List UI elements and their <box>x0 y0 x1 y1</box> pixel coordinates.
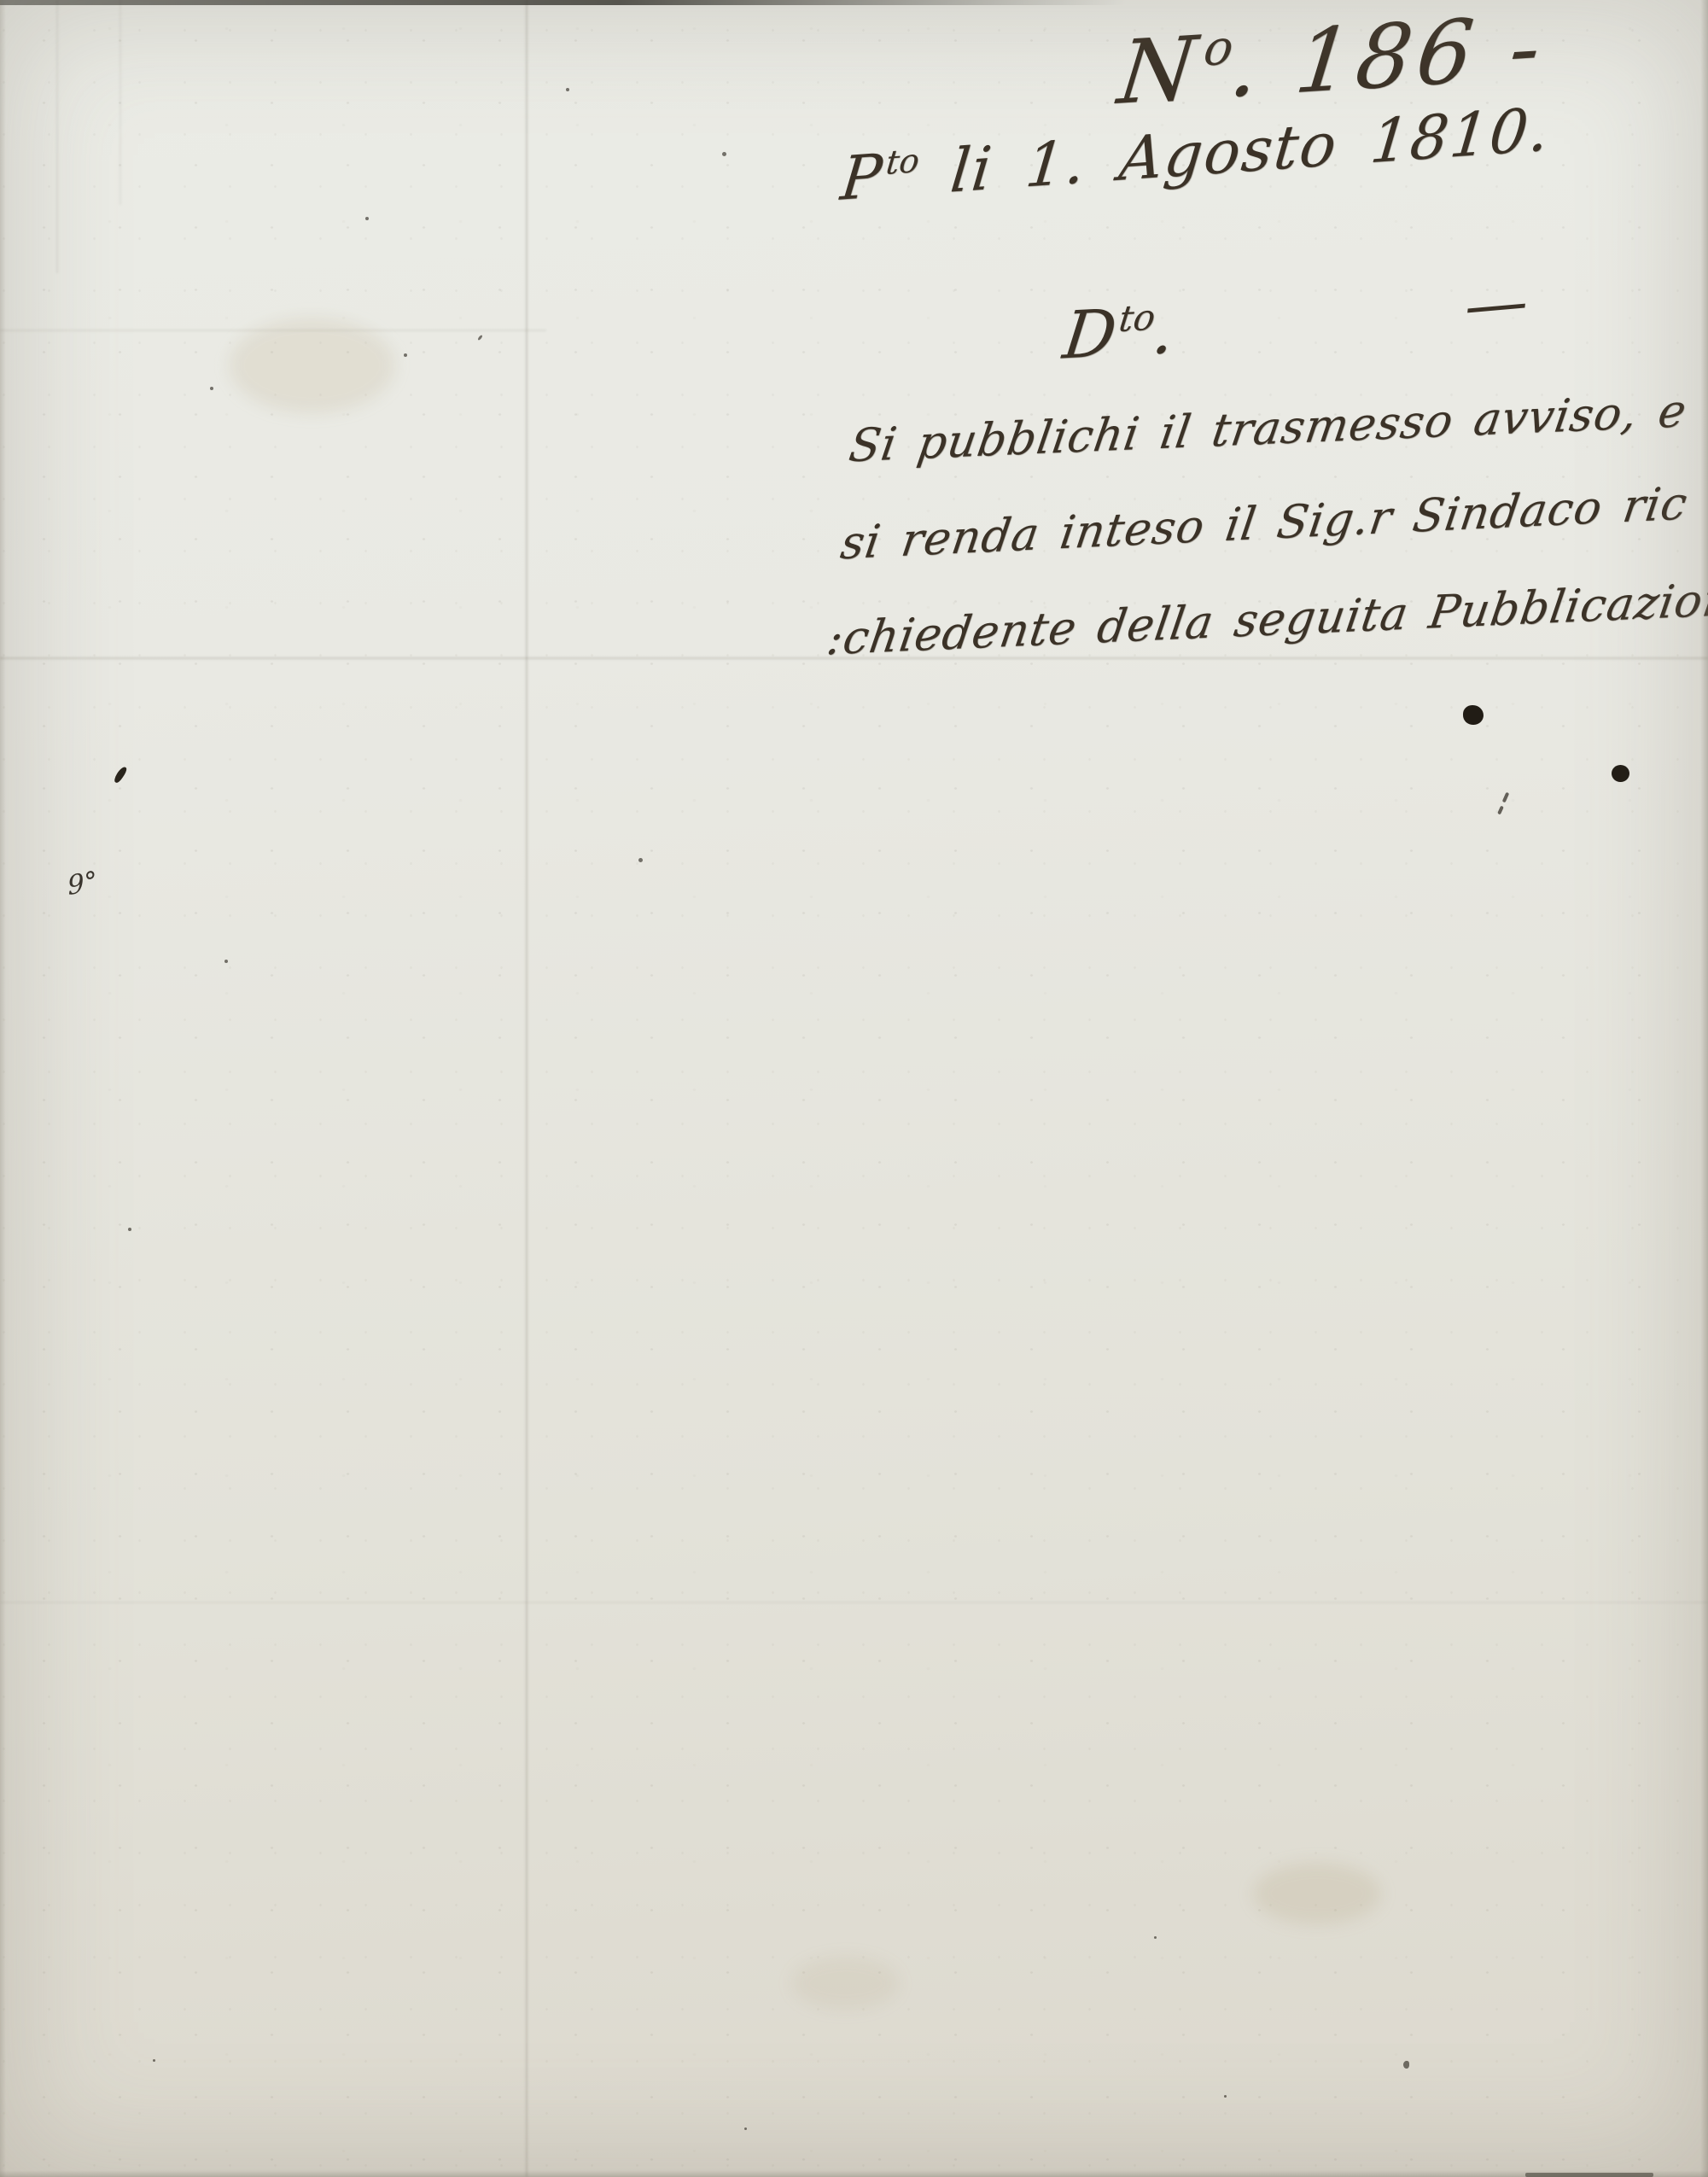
manuscript-page: No. 186 - Pto li 1. Agosto 1810. Dto. — … <box>0 0 1708 2177</box>
scan-vignette <box>0 0 1708 2177</box>
